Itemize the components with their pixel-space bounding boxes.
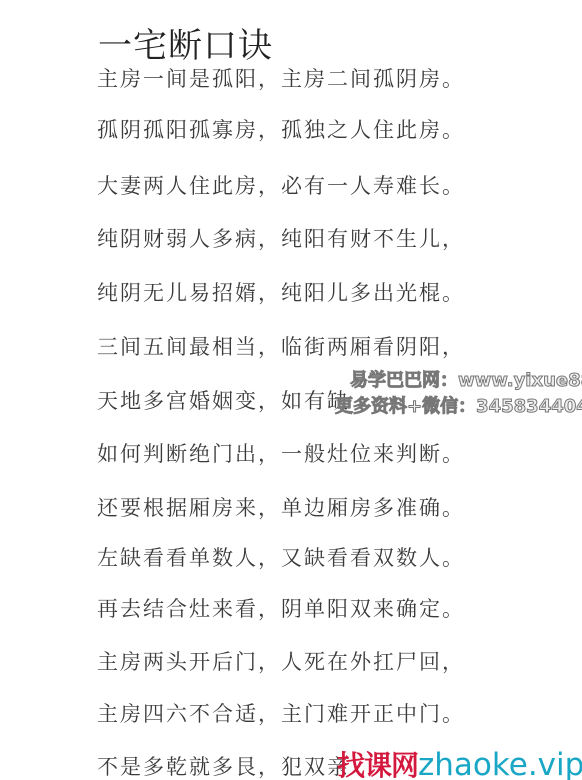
document-title: 一宅断口诀 [98,26,273,66]
text-line: 还要根据厢房来，单边厢房多准确。 [97,495,465,521]
text-line: 三间五间最相当，临街两厢看阴阳， [97,334,465,360]
text-line: 纯阴财弱人多病，纯阳有财不生儿， [97,226,465,252]
watermark-yixue-wechat: 更多资料+微信：3458344044 [335,392,582,418]
text-line: 主房两头开后门，人死在外扛尸回， [97,649,465,675]
text-line: 再去结合灶来看，阴单阳双来确定。 [97,596,465,622]
watermark-yixue-site: 易学巴巴网：www.yixue88.cn [350,366,582,392]
text-line: 不是多乾就多艮，犯双亲 [97,754,350,780]
text-line: 主房四六不合适，主门难开正中门。 [97,701,465,727]
text-line: 左缺看看单数人，又缺看看双数人。 [97,545,465,571]
text-line: 如何判断绝门出，一般灶位来判断。 [97,441,465,467]
watermark-zhaoke: 找课网zhaoke.vip [337,744,582,780]
text-line: 大妻两人住此房，必有一人寿难长。 [97,173,465,199]
watermark-zhaoke-en: zhaoke.vip [418,747,582,780]
text-line: 纯阴无儿易招婿，纯阳儿多出光棍。 [97,280,465,306]
text-line: 孤阴孤阳孤寡房，孤独之人住此房。 [97,117,465,143]
watermark-zhaoke-cn: 找课网 [337,749,418,780]
text-line: 天地多宫婚姻变，如有缺 [97,388,350,414]
text-line: 主房一间是孤阳，主房二间孤阴房。 [97,66,465,92]
